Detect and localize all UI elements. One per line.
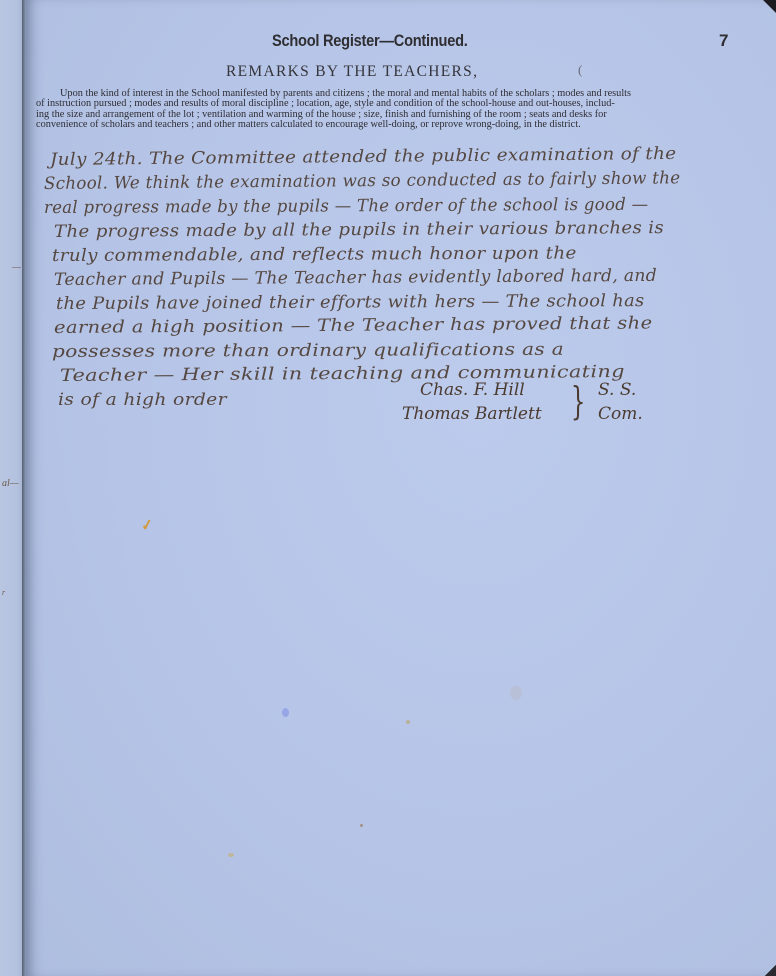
remarks-line: The progress made by all the pupils in t…	[54, 218, 664, 242]
signature-row: Chas. F. Hill S. S.	[402, 380, 570, 404]
remarks-line: Teacher and Pupils — The Teacher has evi…	[54, 266, 657, 290]
signatory-title: S. S.	[598, 380, 636, 400]
section-title: REMARKS BY THE TEACHERS,	[226, 63, 478, 81]
remarks-line: real progress made by the pupils — The o…	[44, 195, 648, 218]
signature-block: Chas. F. Hill S. S. Thomas Bartlett Com.…	[402, 380, 570, 428]
foxing-spot	[510, 686, 522, 700]
printed-instructions: Upon the kind of interest in the School …	[36, 89, 762, 131]
left-page-mark: al—	[2, 478, 19, 489]
register-page: School Register—Continued. 7 REMARKS BY …	[26, 0, 776, 976]
foxing-spot	[360, 824, 363, 827]
signatory-name: Thomas Bartlett	[402, 404, 552, 424]
remarks-line: July 24th. The Committee attended the pu…	[50, 144, 677, 170]
brace-icon: }	[571, 382, 586, 420]
remarks-line: truly commendable, and reflects much hon…	[52, 243, 577, 266]
remarks-line: School. We think the examination was so …	[44, 168, 681, 194]
signatory-name: Chas. F. Hill	[402, 380, 570, 400]
remarks-line: possesses more than ordinary qualificati…	[52, 340, 564, 362]
ink-spot	[282, 708, 289, 717]
left-page-mark: r	[2, 588, 5, 597]
pencil-tick-mark: (	[578, 62, 582, 78]
signatory-title: Com.	[598, 404, 643, 424]
foxing-spot	[406, 720, 410, 724]
remarks-line: the Pupils have joined their efforts wit…	[56, 291, 645, 314]
left-page-mark: —	[12, 262, 21, 273]
foxing-spot	[228, 853, 234, 857]
stain-mark-icon: ✓	[139, 515, 155, 536]
signature-row: Thomas Bartlett Com.	[402, 404, 570, 428]
left-adjacent-page: — al— r	[0, 0, 24, 976]
remarks-line: earned a high position — The Teacher has…	[54, 313, 653, 338]
remarks-line: is of a high order	[58, 390, 227, 410]
running-head: School Register—Continued.	[272, 31, 468, 51]
instructions-line: convenience of scholars and teachers ; a…	[36, 120, 762, 130]
page-number: 7	[719, 31, 728, 51]
